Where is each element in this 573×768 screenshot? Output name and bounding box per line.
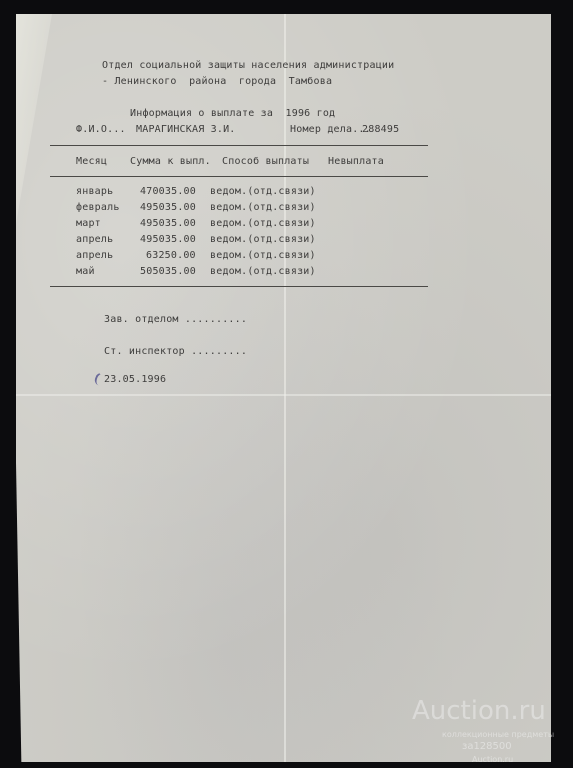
watermark-lot-id: за128500 — [462, 741, 512, 752]
column-header-method: Способ выплаты — [222, 156, 309, 167]
case-number-label: Номер дела... — [290, 124, 371, 135]
signature-senior-inspector: Ст. инспектор ......... — [104, 346, 247, 357]
table-top-rule — [50, 145, 428, 146]
watermark-caption: коллекционные предметы — [442, 730, 554, 739]
cell-method: ведом.(отд.связи) — [210, 234, 316, 245]
cell-method: ведом.(отд.связи) — [210, 218, 316, 229]
column-header-unpaid: Невыплата — [328, 156, 384, 167]
cell-amount: 495035.00 — [140, 234, 196, 245]
document-title: Информация о выплате за 1996 год — [130, 108, 335, 119]
cell-amount: 505035.00 — [140, 266, 196, 277]
cell-month: апрель — [76, 250, 113, 261]
fio-label: Ф.И.О... — [76, 124, 126, 135]
cell-month: январь — [76, 186, 113, 197]
cell-method: ведом.(отд.связи) — [210, 266, 316, 277]
cell-month: февраль — [76, 202, 120, 213]
cell-amount: 495035.00 — [140, 202, 196, 213]
cell-month: апрель — [76, 234, 113, 245]
document-date: 23.05.1996 — [104, 374, 166, 385]
cell-amount: 63250.00 — [146, 250, 196, 261]
cell-method: ведом.(отд.связи) — [210, 202, 316, 213]
cell-amount: 495035.00 — [140, 218, 196, 229]
column-header-amount: Сумма к выпл. — [130, 156, 211, 167]
paper-corner-fold — [16, 14, 52, 224]
cell-method: ведом.(отд.связи) — [210, 250, 316, 261]
org-name-line1: Отдел социальной защиты населения админи… — [102, 60, 394, 71]
org-name-line2: - Ленинского района города Тамбова — [102, 76, 332, 87]
signature-head-of-department: Зав. отделом .......... — [104, 314, 247, 325]
cell-amount: 470035.00 — [140, 186, 196, 197]
column-header-month: Месяц — [76, 156, 107, 167]
case-number-value: 288495 — [362, 124, 399, 135]
vertical-fold-line — [284, 14, 286, 762]
watermark-footer: Auction.ru — [472, 755, 513, 764]
cell-method: ведом.(отд.связи) — [210, 186, 316, 197]
table-bottom-rule — [50, 286, 428, 287]
cell-month: май — [76, 266, 95, 277]
horizontal-fold-line — [16, 394, 551, 396]
fio-value: МАРАГИНСКАЯ З.И. — [136, 124, 236, 135]
auction-watermark-logo: Auction.ru — [412, 696, 546, 726]
header-bottom-rule — [50, 176, 428, 177]
cell-month: март — [76, 218, 101, 229]
